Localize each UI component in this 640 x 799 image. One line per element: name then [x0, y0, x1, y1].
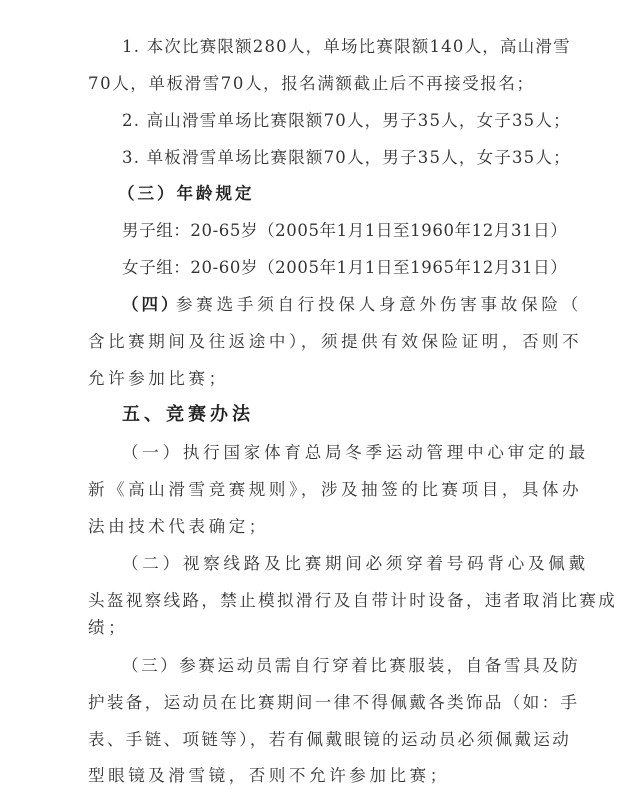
method-rule-3: （三）参赛运动员需自行穿着比赛服装，自备雪具及防: [122, 656, 580, 676]
method-rule-3-cont2: 表、手链、项链等），若有佩戴眼镜的运动员必须佩戴运动: [88, 730, 571, 750]
document-page: 1. 本次比赛限额280人，单场比赛限额140人，高山滑雪 70人，单板滑雪70…: [0, 0, 640, 799]
list-item-total-limit: 1. 本次比赛限额280人，单场比赛限额140人，高山滑雪: [122, 37, 571, 57]
insurance-text-cont: 含比赛期间及往返途中），须提供有效保险证明，否则不: [88, 332, 582, 352]
method-rule-3-cont: 护装备，运动员在比赛期间一律不得佩戴各类饰品（如：手: [88, 693, 579, 713]
age-rule-female: 女子组：20-60岁（2005年1月1日至1965年12月31日）: [122, 258, 567, 278]
list-item-total-limit-cont: 70人，单板滑雪70人，报名满额截止后不再接受报名；: [88, 74, 535, 94]
section-heading-insurance: （四）: [122, 295, 181, 315]
method-rule-1: （一）执行国家体育总局冬季运动管理中心审定的最: [122, 443, 589, 463]
method-rule-1-end: 法由技术代表确定；: [88, 517, 269, 537]
method-rule-2: （二）视察线路及比赛期间必须穿着号码背心及佩戴: [122, 554, 589, 574]
list-item-alpine-limit: 2. 高山滑雪单场比赛限额70人，男子35人，女子35人；: [122, 111, 571, 131]
method-rule-2-cont: 头盔视察线路，禁止模拟滑行及自带计时设备，违者取消比赛成: [88, 591, 617, 611]
list-item-snowboard-limit: 3. 单板滑雪单场比赛限额70人，男子35人，女子35人；: [122, 148, 571, 168]
chapter-heading-competition-method: 五、竞赛办法: [122, 405, 254, 425]
insurance-text: 参赛选手须自行投保人身意外伤害事故保险（: [176, 295, 582, 315]
age-rule-male: 男子组：20-65岁（2005年1月1日至1960年12月31日）: [122, 221, 567, 241]
insurance-text-end: 允许参加比赛；: [88, 369, 229, 389]
method-rule-1-cont: 新《高山滑雪竞赛规则》，涉及抽签的比赛项目，具体办: [88, 480, 582, 500]
section-heading-age: （三）年龄规定: [118, 184, 255, 204]
method-rule-2-end: 绩；: [88, 618, 128, 638]
method-rule-3-end: 型眼镜及滑雪镜，否则不允许参加比赛；: [88, 766, 450, 786]
